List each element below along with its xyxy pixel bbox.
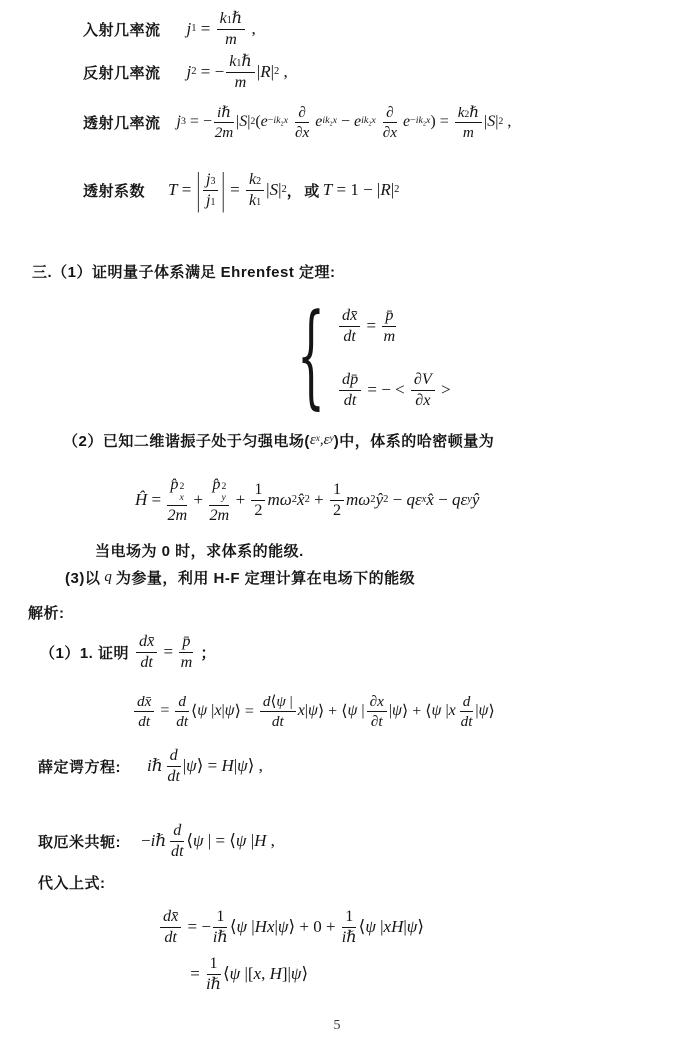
page-number: 5 <box>0 1018 674 1034</box>
label-reflected-flux: 反射几率流 <box>83 62 161 83</box>
row-final-1: dx̄dt = −1iℏ⟨ψ |Hx|ψ⟩ + 0 + 1iℏ⟨ψ |xH|ψ⟩ <box>158 903 424 951</box>
formula-final-2: = 1iℏ⟨ψ |[x, H]|ψ⟩ <box>186 955 308 993</box>
ehrenfest-equations: dx̄dt = p̄m dp̄dt = − < ∂V∂x > <box>337 307 451 410</box>
formula-ehrenfest-2: dp̄dt = − < ∂V∂x > <box>337 371 451 409</box>
row-hamiltonian: Ĥ = p̂2x2m + p̂2y2m + 12mω2x̂2 + 12mω2ŷ2… <box>135 474 479 526</box>
formula-final-1: dx̄dt = −1iℏ⟨ψ |Hx|ψ⟩ + 0 + 1iℏ⟨ψ |xH|ψ⟩ <box>158 908 424 946</box>
line-prove: （1）1. 证明dx̄dt = p̄m； <box>40 629 216 675</box>
system-brace: { <box>297 302 325 414</box>
row-derivation: dx̄dt = ddt⟨ψ |x|ψ⟩ = d⟨ψ |dtx|ψ⟩ + ⟨ψ |… <box>132 686 495 736</box>
label-hermitian-conjugate: 取厄米共轭: <box>38 831 121 852</box>
formula-derivation: dx̄dt = ddt⟨ψ |x|ψ⟩ = d⟨ψ |dtx|ψ⟩ + ⟨ψ |… <box>132 693 495 729</box>
label-transmission-coefficient: 透射系数 <box>83 180 145 201</box>
formula-j2: j2 = −k1ℏm|R|2 , <box>187 53 288 91</box>
row-transmission-coefficient: 透射系数 T = |j3j1| = k2k1|S|2，或T = 1 − |R|2 <box>83 162 399 218</box>
row-incident-flux: 入射几率流 j1 = k1ℏm , <box>83 7 256 51</box>
line-zero-field: 当电场为 0 时，求体系的能级. <box>95 540 304 561</box>
line-question-3: (3)以q为参量，利用 H-F 定理计算在电场下的能级 <box>65 565 415 589</box>
formula-hermitian: −iℏddt⟨ψ | = ⟨ψ |H , <box>141 822 275 860</box>
formula-T: T = |j3j1| = k2k1|S|2，或T = 1 − |R|2 <box>168 171 399 209</box>
formula-hamiltonian: Ĥ = p̂2x2m + p̂2y2m + 12mω2x̂2 + 12mω2ŷ2… <box>135 476 479 524</box>
heading-problem-3: 三.（1）证明量子体系满足 Ehrenfest 定理: <box>32 261 336 282</box>
row-hermitian-conjugate: 取厄米共轭: −iℏddt⟨ψ | = ⟨ψ |H , <box>38 818 275 864</box>
formula-schrodinger: iℏddt|ψ⟩ = H|ψ⟩ , <box>147 747 263 785</box>
label-transmitted-flux: 透射几率流 <box>83 112 161 133</box>
row-reflected-flux: 反射几率流 j2 = −k1ℏm|R|2 , <box>83 49 288 95</box>
line-question-2: （2）已知二维谐振子处于匀强电场(εx,εy)中，体系的哈密顿量为 <box>63 428 494 452</box>
label-incident-flux: 入射几率流 <box>83 19 161 40</box>
row-schrodinger: 薛定谔方程: iℏddt|ψ⟩ = H|ψ⟩ , <box>38 743 263 789</box>
row-transmitted-flux: 透射几率流 j3 = −iℏ2m|S|2(e−ik2x∂∂xeik2x − ei… <box>83 98 511 146</box>
label-analysis: 解析: <box>28 602 65 623</box>
formula-j3: j3 = −iℏ2m|S|2(e−ik2x∂∂xeik2x − eik2x∂∂x… <box>177 104 512 141</box>
label-schrodinger-equation: 薛定谔方程: <box>38 756 121 777</box>
formula-j1: j1 = k1ℏm , <box>187 10 256 48</box>
formula-ehrenfest-1: dx̄dt = p̄m <box>337 307 451 345</box>
document-page: 入射几率流 j1 = k1ℏm , 反射几率流 j2 = −k1ℏm|R|2 ,… <box>0 0 674 1044</box>
ehrenfest-system: { dx̄dt = p̄m dp̄dt = − < ∂V∂x > <box>297 299 451 417</box>
label-substitute: 代入上式: <box>38 872 106 893</box>
row-final-2: = 1iℏ⟨ψ |[x, H]|ψ⟩ <box>186 951 308 997</box>
